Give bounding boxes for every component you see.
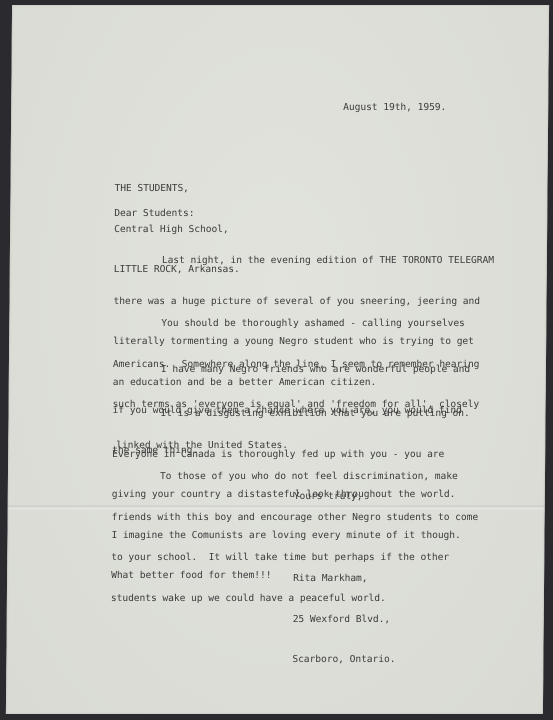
paragraph-line: Last night, in the evening edition of TH… [114, 254, 494, 268]
addressee-line: THE STUDENTS, [114, 182, 240, 196]
paragraph-line: friends with this boy and encourage othe… [112, 511, 479, 525]
signature-line: Scarboro, Ontario. [292, 653, 395, 667]
closing: Yours truly, [294, 490, 363, 504]
letter-date: August 19th, 1959. [343, 101, 446, 115]
paragraph-line: You should be thoroughly ashamed - calli… [113, 317, 480, 331]
signature-line: Rita Markham, [293, 572, 396, 586]
salutation: Dear Students: [114, 207, 194, 221]
letter-page: August 19th, 1959. THE STUDENTS, Central… [6, 5, 549, 714]
paragraph-line: It is a disgusting exhibition that you a… [112, 407, 469, 421]
signature-block: Rita Markham, 25 Wexford Blvd., Scarboro… [292, 545, 396, 694]
paragraph-line: I have many Negro friends who are wonder… [113, 363, 470, 377]
signature-line: 25 Wexford Blvd., [293, 613, 396, 627]
paragraph-line: To those of you who do not feel discrimi… [112, 470, 479, 484]
